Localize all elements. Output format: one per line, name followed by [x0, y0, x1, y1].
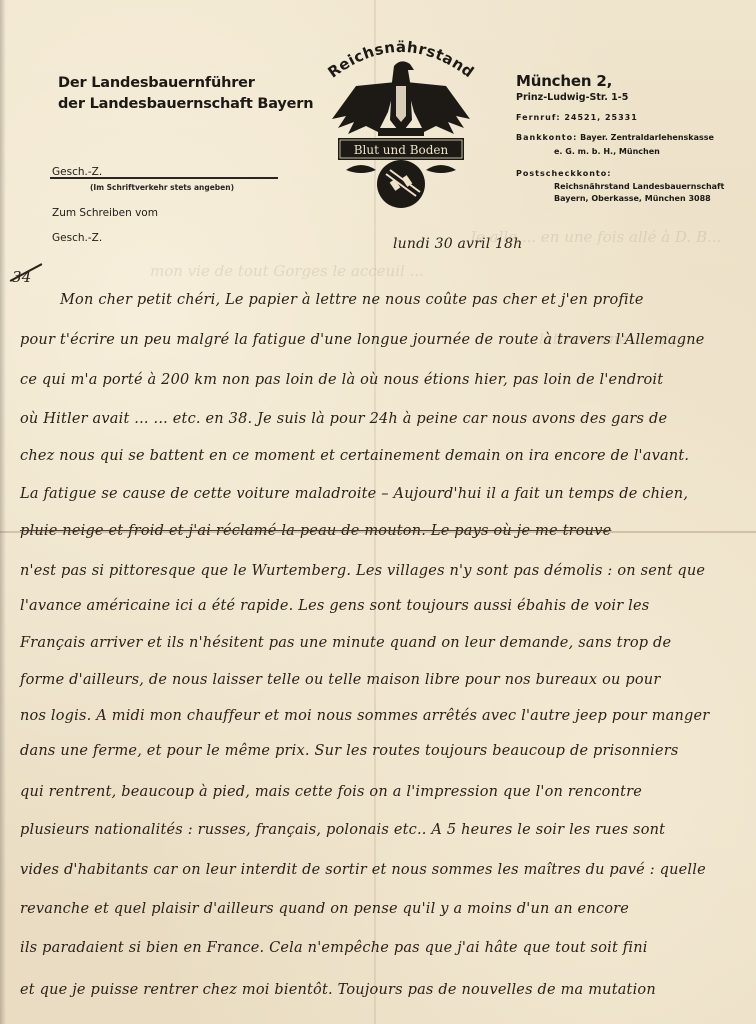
letter-line: Mon cher petit chéri, Le papier à lettre… — [60, 292, 644, 308]
bank-label: Bankkonto: — [516, 133, 577, 142]
svg-text:Blut und Boden: Blut und Boden — [354, 143, 449, 157]
letter-line: et que je puisse rentrer chez moi bientô… — [20, 982, 656, 998]
letter-line: plusieurs nationalités : russes, françai… — [20, 822, 665, 838]
letter-line: revanche et quel plaisir d'ailleurs quan… — [20, 901, 629, 917]
postal-line-2: Bayern, Oberkasse, München 3088 — [554, 194, 711, 203]
letter-line-struck: pluie neige et froid et j'ai réclamé la … — [20, 523, 611, 539]
letter-line: pour t'écrire un peu malgré la fatigue d… — [20, 332, 705, 348]
eagle-emblem-icon: Reichsnährstand Blut und Boden — [316, 24, 486, 214]
bank-line-1: Bayer. Zentraldarlehenskasse — [580, 133, 714, 142]
organization-name: Der Landesbauernführer der Landesbauerns… — [58, 73, 313, 115]
sender-address: München 2, Prinz-Ludwig-Str. 1-5 Fernruf… — [516, 72, 612, 90]
city: München 2, — [516, 72, 612, 90]
reference-underline — [50, 177, 278, 179]
reference-hint: (Im Schriftverkehr stets angeben) — [90, 183, 234, 192]
bank-line-2: e. G. m. b. H., München — [554, 147, 660, 156]
letter-line: nos logis. A midi mon chauffeur et moi n… — [20, 708, 709, 724]
letter-line: Français arriver et ils n'hésitent pas u… — [20, 635, 671, 651]
bank-account: Bankkonto: Bayer. Zentraldarlehenskasse — [516, 133, 714, 142]
letter-date: lundi 30 avril 18h — [393, 236, 522, 252]
phone: Fernruf: 24521, 25331 — [516, 113, 638, 122]
letter-line: vides d'habitants car on leur interdit d… — [20, 862, 706, 878]
letter-line: dans une ferme, et pour le même prix. Su… — [20, 743, 679, 759]
street: Prinz-Ludwig-Str. 1-5 — [516, 92, 628, 103]
show-through-text: mon vie de tout Gorges le acceuil ... — [150, 262, 424, 280]
postal-line-1: Reichsnährstand Landesbauernschaft — [554, 182, 724, 191]
letter-line: ils paradaient si bien en France. Cela n… — [20, 940, 648, 956]
letter-line: l'avance américaine ici a été rapide. Le… — [20, 598, 649, 614]
letter-line: forme d'ailleurs, de nous laisser telle … — [20, 672, 660, 688]
letter-line: La fatigue se cause de cette voiture mal… — [20, 486, 688, 502]
letter-line: qui rentrent, beaucoup à pied, mais cett… — [20, 784, 642, 800]
letter-line: n'est pas si pittoresque que le Wurtembe… — [20, 563, 705, 579]
letter-line: chez nous qui se battent en ce moment et… — [20, 448, 689, 464]
paper-edge-shadow — [0, 0, 6, 1024]
reference-label-2: Gesch.-Z. — [52, 232, 102, 244]
letter-line: où Hitler avait ... ... etc. en 38. Je s… — [20, 411, 667, 427]
letter-line: ce qui m'a porté à 200 km non pas loin d… — [20, 372, 663, 388]
letter-from-label: Zum Schreiben vom — [52, 207, 158, 219]
organization-line-1: Der Landesbauernführer — [58, 73, 313, 94]
postal-account-label: Postscheckkonto: — [516, 169, 611, 178]
organization-line-2: der Landesbauernschaft Bayern — [58, 94, 313, 115]
